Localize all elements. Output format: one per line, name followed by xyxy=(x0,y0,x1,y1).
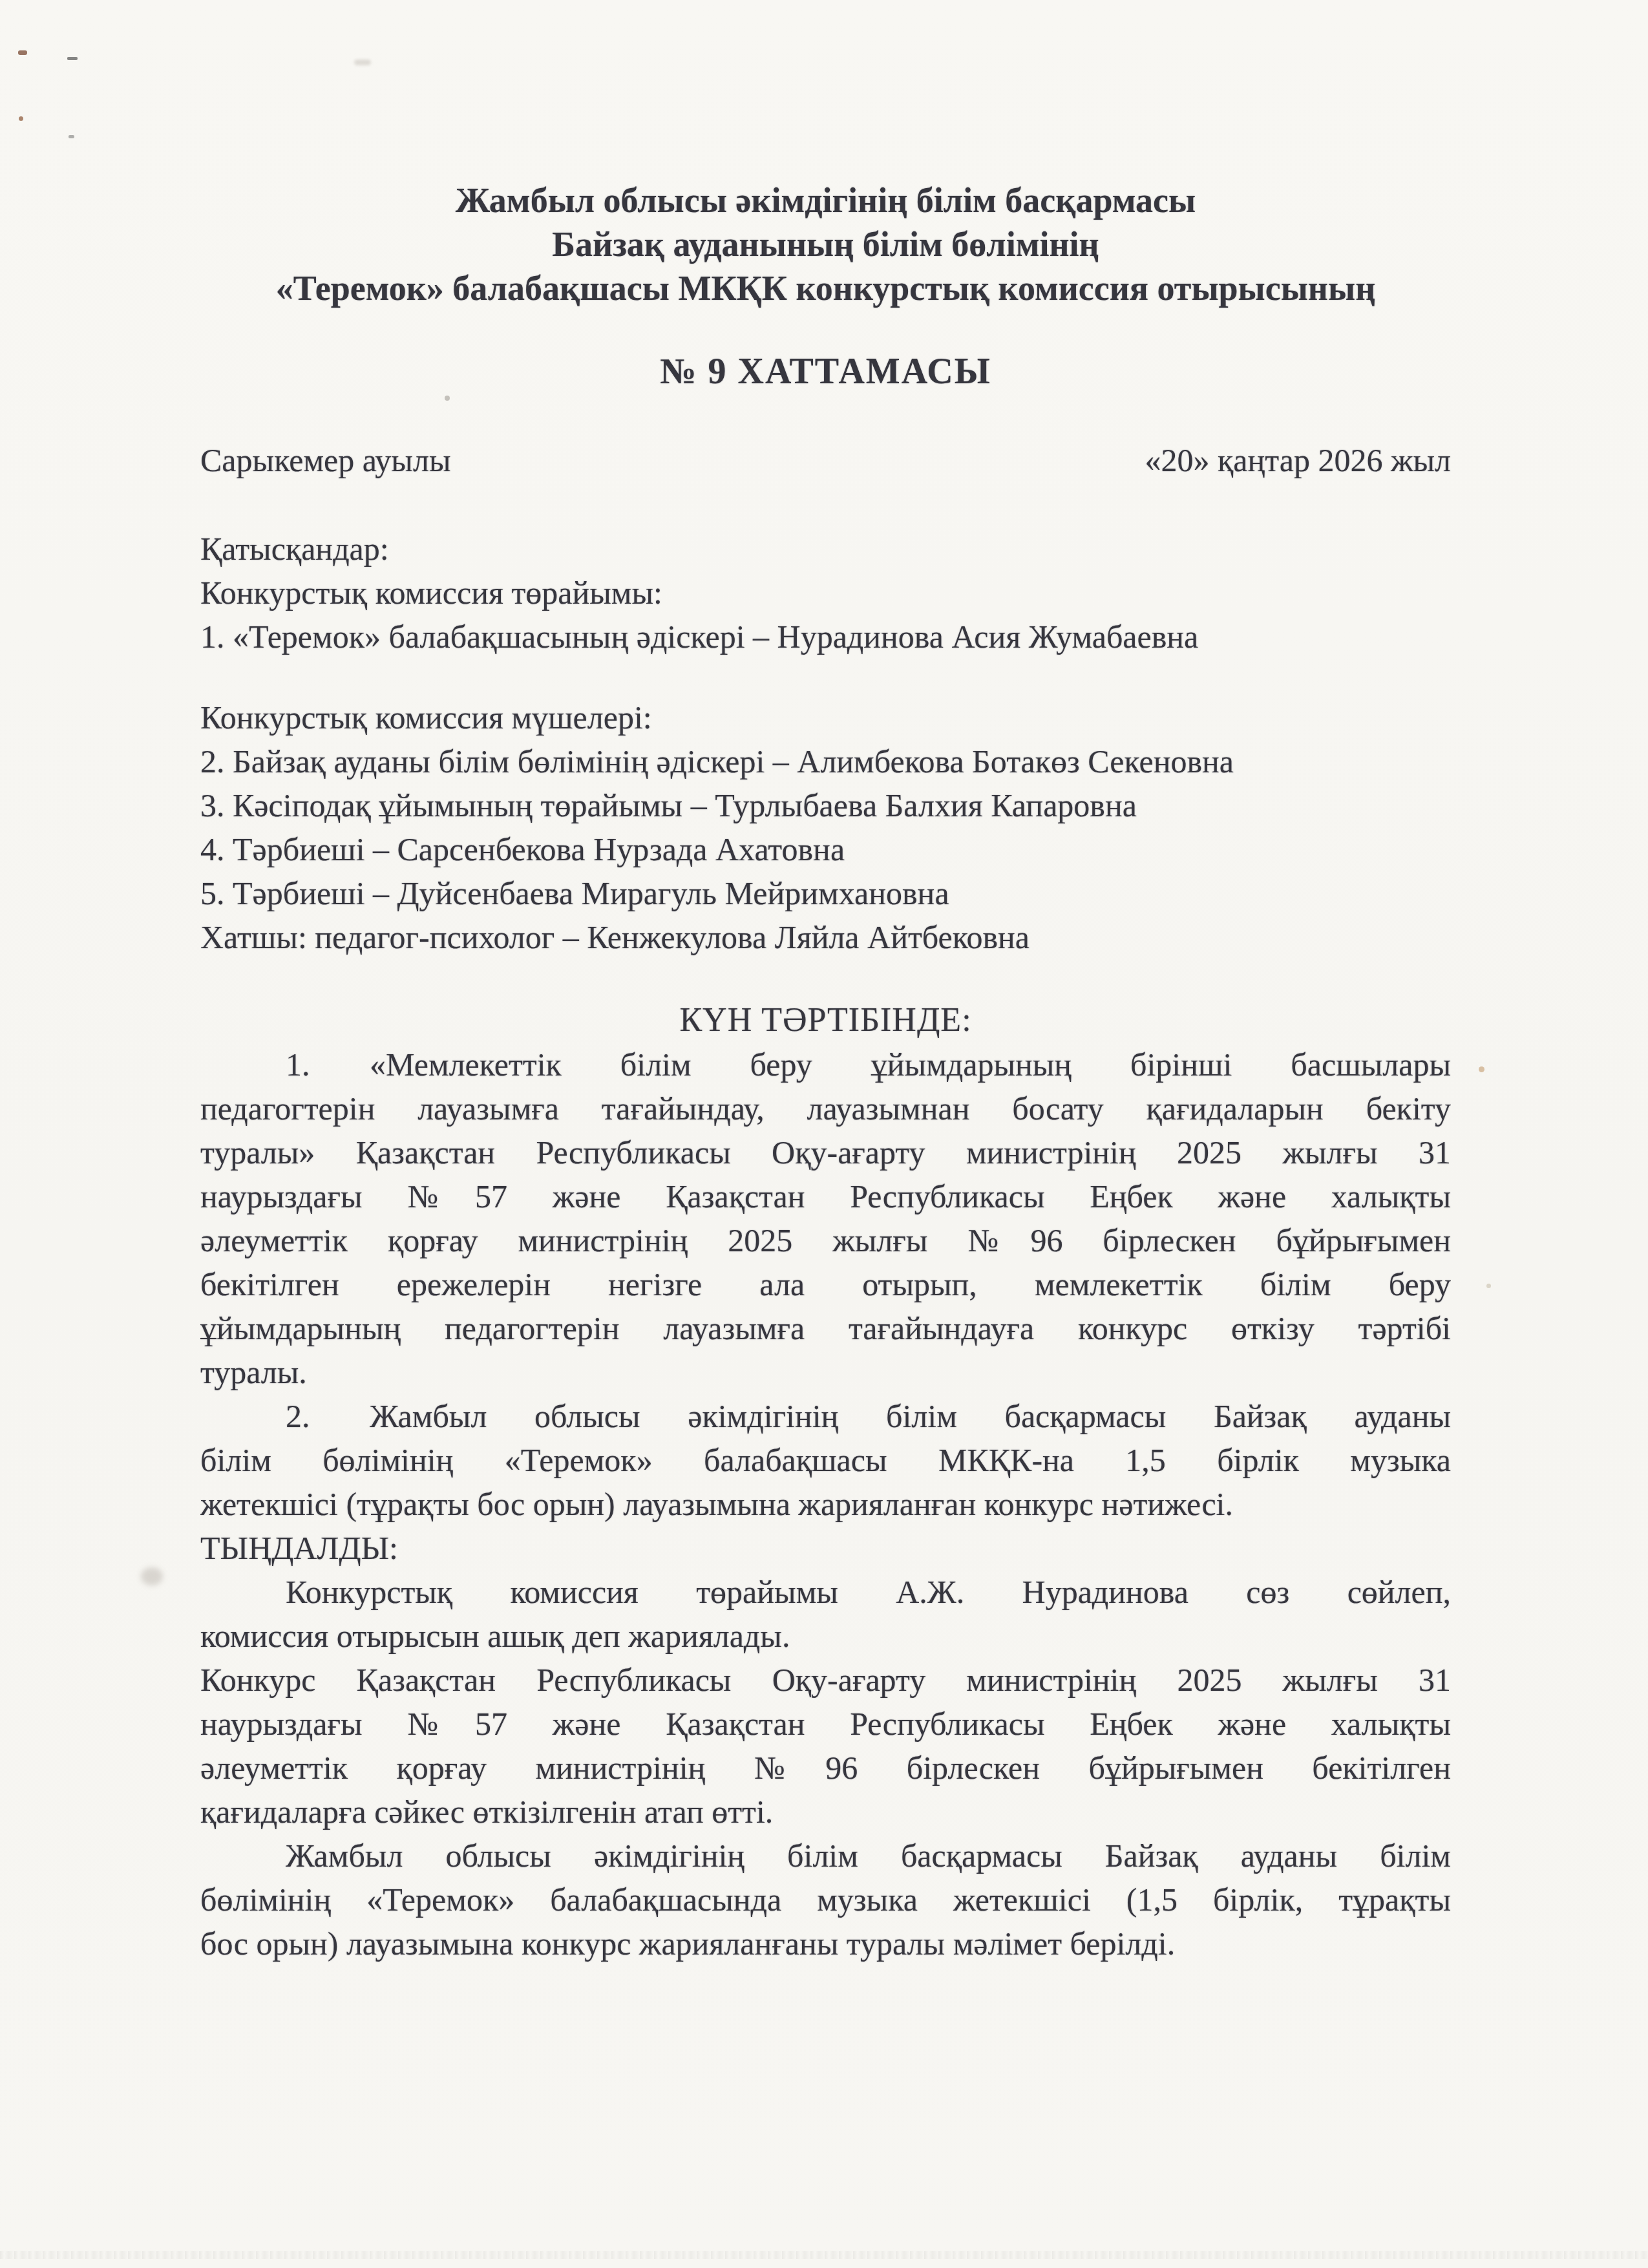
heard-paragraph-3: Жамбыл облысы әкімдігінің білім басқарма… xyxy=(200,1834,1451,1966)
chair-item: 1. «Теремок» балабақшасының әдіскері – Н… xyxy=(200,615,1451,659)
agenda-item-1-line: ұйымдарының педагогтерін лауазымға тағай… xyxy=(200,1306,1451,1350)
scan-edge-noise xyxy=(0,2251,1648,2259)
paragraph-number: 2. xyxy=(286,1394,370,1438)
heard-paragraph-1-line: Конкурстық комиссия төрайымы А.Ж. Нуради… xyxy=(200,1570,1451,1614)
members-list-line: 3. Кәсіподақ ұйымының төрайымы – Турлыба… xyxy=(200,783,1451,827)
agenda-item-1-line: наурыздағы №57 және Қазақстан Республика… xyxy=(200,1174,1451,1218)
date-label: «20» қаңтар 2026 жыл xyxy=(1145,438,1452,482)
agenda-item-1-line: туралы» Қазақстан Республикасы Оқу-ағарт… xyxy=(200,1130,1451,1174)
heard-heading: ТЫҢДАЛДЫ: xyxy=(200,1526,1451,1570)
heard-paragraph-2-line: әлеуметтік қорғау министрінің №96 бірлес… xyxy=(200,1746,1451,1790)
heard-paragraph-2-line: қағидаларға сәйкес өткізілгенін атап өтт… xyxy=(200,1790,1451,1834)
members-list: 2. Байзақ ауданы білім бөлімінің әдіскер… xyxy=(200,739,1451,959)
agenda-item-2-line: жетекшісі (тұрақты бос орын) лауазымына … xyxy=(200,1482,1451,1526)
agenda-item-2-line: 2.Жамбыл облысы әкімдігінің білім басқар… xyxy=(200,1394,1451,1438)
org-header-line-3: «Теремок» балабақшасы МКҚК конкурстық ко… xyxy=(200,266,1451,310)
heard-paragraph-1-line: комиссия отырысын ашық деп жариялады. xyxy=(200,1614,1451,1658)
members-list-line: Хатшы: педагог-психолог – Кенжекулова Ля… xyxy=(200,915,1451,959)
heard-paragraph-2-line: наурыздағы №57 және Қазақстан Республика… xyxy=(200,1702,1451,1746)
agenda-item-2: 2.Жамбыл облысы әкімдігінің білім басқар… xyxy=(200,1394,1451,1526)
place-label: Сарыкемер ауылы xyxy=(200,438,451,482)
agenda-item-1-line: 1.«Мемлекеттік білім беру ұйымдарының бі… xyxy=(200,1043,1451,1086)
heard-paragraph-1: Конкурстық комиссия төрайымы А.Ж. Нуради… xyxy=(200,1570,1451,1658)
org-header-line-1: Жамбыл облысы әкімдігінің білім басқарма… xyxy=(200,178,1451,222)
participants-heading: Қатысқандар: xyxy=(200,527,1451,571)
members-list-line: 4. Тәрбиеші – Сарсенбекова Нурзада Ахато… xyxy=(200,827,1451,871)
members-heading: Конкурстық комиссия мүшелері: xyxy=(200,695,1451,739)
heard-paragraph-2: Конкурс Қазақстан Республикасы Оқу-ағарт… xyxy=(200,1658,1451,1834)
agenda-item-1-line: педагогтерін лауазымға тағайындау, лауаз… xyxy=(200,1086,1451,1130)
agenda-item-1-line: бекітілген ережелерін негізге ала отырып… xyxy=(200,1262,1451,1306)
agenda-item-2-line: білім бөлімінің «Теремок» балабақшасы МК… xyxy=(200,1438,1451,1482)
scanned-protocol-page: { "page": { "paper_color": "#f7f6f2", "i… xyxy=(0,0,1648,2268)
agenda-item-1-line: әлеуметтік қорғау министрінің 2025 жылғы… xyxy=(200,1218,1451,1262)
paragraph-number: 1. xyxy=(286,1043,370,1086)
chair-heading: Конкурстық комиссия төрайымы: xyxy=(200,571,1451,615)
heard-paragraph-3-line: Жамбыл облысы әкімдігінің білім басқарма… xyxy=(200,1834,1451,1878)
heard-paragraph-3-line: бос орын) лауазымына конкурс жарияланған… xyxy=(200,1922,1451,1966)
heard-paragraph-2-line: Конкурс Қазақстан Республикасы Оқу-ағарт… xyxy=(200,1658,1451,1702)
org-header-line-2: Байзақ ауданының білім бөлімінің xyxy=(200,222,1451,266)
agenda-item-1: 1.«Мемлекеттік білім беру ұйымдарының бі… xyxy=(200,1043,1451,1394)
agenda-item-1-line: туралы. xyxy=(200,1350,1451,1394)
protocol-title: № 9 ХАТТАМАСЫ xyxy=(200,349,1451,394)
agenda-heading: КҮН ТӘРТІБІНДЕ: xyxy=(200,999,1451,1043)
members-list-line: 5. Тәрбиеші – Дуйсенбаева Мирагуль Мейри… xyxy=(200,871,1451,915)
place-date-row: Сарыкемер ауылы «20» қаңтар 2026 жыл xyxy=(200,438,1451,482)
heard-paragraph-3-line: бөлімінің «Теремок» балабақшасында музык… xyxy=(200,1878,1451,1922)
document-body: Жамбыл облысы әкімдігінің білім басқарма… xyxy=(0,0,1648,1966)
members-list-line: 2. Байзақ ауданы білім бөлімінің әдіскер… xyxy=(200,739,1451,783)
